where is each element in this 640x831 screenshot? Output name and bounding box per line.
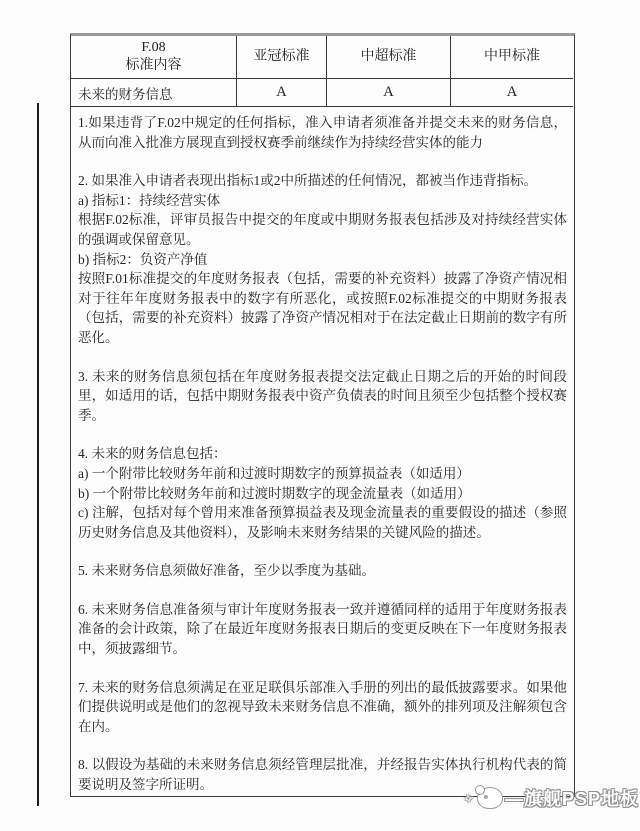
standard-content-cell: 1.如果违背了F.02中规定的任何指标，准入申请者须准备并提交未来的财务信息，从… (71, 107, 574, 796)
paragraph-line: c) 注解，包括对每个曾用来准备预算损益表及现金流量表的重要假设的描述（参照历史… (78, 503, 567, 542)
paragraph-line: 7. 未来的财务信息须满足在亚足联俱乐部准入手册的列出的最低披露要求。如果他们提… (78, 678, 567, 737)
paragraph-4: 4. 未来的财务信息包括： a) 一个附带比较财务年前和过渡时期数字的预算损益表… (78, 444, 567, 542)
sparkle-icon: ✧ (462, 790, 476, 805)
header-cell-acl-standard: 亚冠标准 (237, 36, 327, 79)
header-cell-league-one-standard: 中甲标准 (451, 36, 573, 79)
header-cell-standard-content: F.08 标准内容 (71, 36, 237, 79)
paragraph-line: 5. 未来财务信息须做好准备，至少以季度为基础。 (78, 561, 567, 581)
scanned-document-page: F.08 标准内容 亚冠标准 中超标准 中甲标准 未来的财务信息 A A A 1… (0, 0, 640, 831)
scan-artifact-line (37, 103, 39, 806)
paragraph-line: 1.如果违背了F.02中规定的任何指标，准入申请者须准备并提交未来的财务信息，从… (78, 113, 567, 152)
watermark-text: —旗舰PSP地板 (505, 785, 639, 811)
paragraph-line: b) 一个附带比较财务年前和过渡时期数字的现金流量表（如适用） (78, 484, 567, 504)
header-cell-csl-standard: 中超标准 (327, 36, 451, 79)
paragraph-5: 5. 未来财务信息须做好准备，至少以季度为基础。 (78, 561, 567, 581)
paragraph-3: 3. 未来的财务信息须包括在年度财务报表提交法定截止日期之后的开始的时间段里，如… (78, 367, 567, 426)
table-header-row: F.08 标准内容 亚冠标准 中超标准 中甲标准 (71, 36, 574, 79)
paragraph-7: 7. 未来的财务信息须满足在亚足联俱乐部准入手册的列出的最低披露要求。如果他们提… (78, 678, 567, 737)
paragraph-line: 根据F.02标准，评审员报告中提交的年度或中期财务报表包括涉及对持续经营实体的强… (78, 210, 567, 249)
paragraph-line: 6. 未来财务信息准备须与审计年度财务报表一致并遵循同样的适用于年度财务报表准备… (78, 600, 567, 659)
grade-league-one: A (451, 79, 573, 107)
grade-row-item: 未来的财务信息 (71, 79, 237, 107)
paragraph-6: 6. 未来财务信息准备须与审计年度财务报表一致并遵循同样的适用于年度财务报表准备… (78, 600, 567, 659)
paragraph-line: a) 指标1：持续经营实体 (78, 191, 567, 211)
paragraph-1: 1.如果违背了F.02中规定的任何指标，准入申请者须准备并提交未来的财务信息，从… (78, 113, 567, 152)
grade-acl: A (237, 79, 327, 107)
paragraph-line: 2. 如果准入申请者表现出指标1或2中所描述的任何情况，都被当作违背指标。 (78, 171, 567, 191)
paragraph-line: b) 指标2：负资产净值 (78, 250, 567, 270)
mascot-face-icon (477, 787, 503, 809)
standard-content-label: 标准内容 (126, 57, 182, 75)
grade-row: 未来的财务信息 A A A (71, 79, 574, 107)
watermark: ✧ —旗舰PSP地板 (463, 785, 639, 811)
standards-table: F.08 标准内容 亚冠标准 中超标准 中甲标准 未来的财务信息 A A A 1… (70, 33, 575, 797)
standard-code: F.08 (141, 39, 165, 57)
paragraph-line: a) 一个附带比较财务年前和过渡时期数字的预算损益表（如适用） (78, 464, 567, 484)
grade-csl: A (327, 79, 451, 107)
paragraph-line: 按照F.01标准提交的年度财务报表（包括，需要的补充资料）披露了净资产情况相对于… (78, 269, 567, 347)
paragraph-2: 2. 如果准入申请者表现出指标1或2中所描述的任何情况，都被当作违背指标。 a)… (78, 171, 567, 347)
paragraph-line: 3. 未来的财务信息须包括在年度财务报表提交法定截止日期之后的开始的时间段里，如… (78, 367, 567, 426)
paragraph-line: 4. 未来的财务信息包括： (78, 444, 567, 464)
